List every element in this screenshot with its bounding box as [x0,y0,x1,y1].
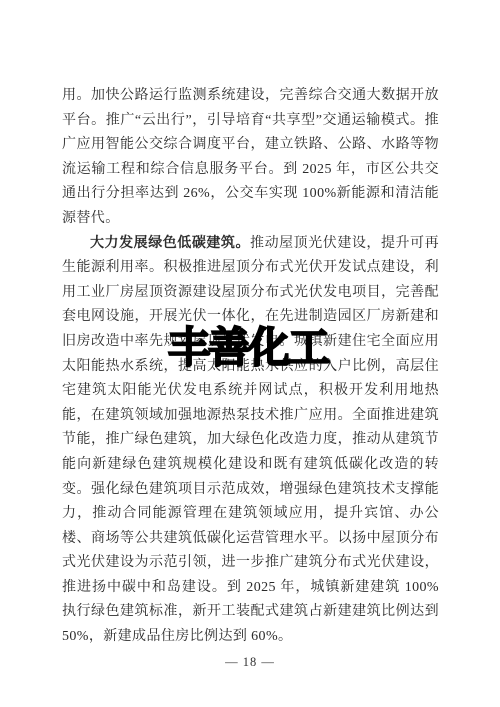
document-page: 用。加快公路运行监测系统建设，完善综合交通大数据开放平台。推广“云出行”，引导培… [0,0,500,707]
page-number: — 18 — [0,655,500,670]
watermark-text: 丰善化工 [168,324,328,372]
paragraph-text: 推动屋顶光伏建设，提升可再生能源利用率。积极推进屋顶分布式光伏开发试点建设，利用… [62,236,439,645]
paragraph-bold-lead: 大力发展绿色低碳建筑。 [90,236,250,251]
body-paragraph: 大力发展绿色低碳建筑。推动屋顶光伏建设，提升可再生能源利用率。积极推进屋顶分布式… [62,232,439,650]
body-paragraph: 用。加快公路运行监测系统建设，完善综合交通大数据开放平台。推广“云出行”，引导培… [62,84,439,232]
